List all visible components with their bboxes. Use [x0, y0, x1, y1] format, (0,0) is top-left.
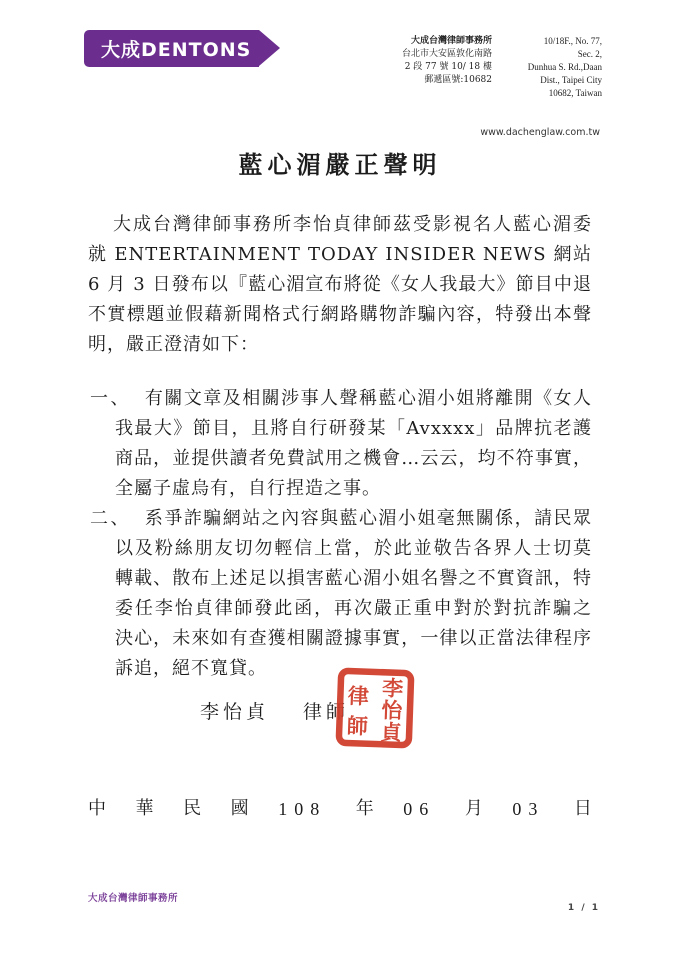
address-zh-line: 2 段 77 號 10/ 18 樓: [402, 61, 492, 74]
clause-text: 系爭詐騙網站之內容與藍心湄小姐毫無關係，請民眾: [145, 508, 592, 529]
address-en-line: Sec. 2,: [528, 48, 602, 61]
date-year-value: 108: [278, 794, 326, 824]
clause-line: 全屬子虛烏有，自行捏造之事。: [115, 474, 592, 504]
clause-two: 二、系爭詐騙網站之內容與藍心湄小姐毫無關係，請民眾 以及粉絲朋友切勿輕信上當，於…: [88, 504, 592, 684]
intro-line: 大成台灣律師事務所李怡貞律師茲受影視名人藍心湄委託，: [88, 210, 592, 240]
firm-address-english: 10/18F., No. 77, Sec. 2, Dunhua S. Rd.,D…: [528, 35, 602, 100]
footer-firm-name: 大成台灣律師事務所: [88, 890, 178, 904]
lawyer-seal-stamp-icon: 李 怡 貞 律 師: [335, 667, 416, 750]
date-token: 民: [183, 794, 201, 824]
clause-line: 以及粉絲朋友切勿輕信上當，於此並敬告各界人士切莫: [115, 534, 592, 564]
document-page: 大成DENTONS 大成台灣律師事務所 台北市大安區敦化南路 2 段 77 號 …: [0, 0, 679, 960]
logo-text: 大成DENTONS: [101, 35, 251, 62]
logo-banner: 大成DENTONS: [84, 30, 259, 67]
clause-one-marker: 一、: [90, 388, 131, 409]
date-month-label: 月: [465, 794, 483, 824]
intro-line: 6 月 3 日發布以『藍心湄宣布將從《女人我最大》節目中退出』: [88, 270, 592, 300]
intro-line: 不實標題並假藉新聞格式行網路購物詐騙內容，特發出本聲: [88, 300, 592, 330]
firm-name-zh: 大成台灣律師事務所: [402, 35, 492, 48]
lawyer-name: 李怡貞: [200, 701, 269, 723]
clause-text: 有關文章及相關涉事人聲稱藍心湄小姐將離開《女人: [145, 388, 592, 409]
roc-date-line: 中 華 民 國 108 年 06 月 03 日: [88, 794, 592, 824]
date-token: 華: [136, 794, 154, 824]
signature-block: 李怡貞律師 李 怡 貞 律 師: [88, 684, 592, 784]
address-zh-line: 郵遞區號:10682: [402, 74, 492, 87]
svg-text:律: 律: [347, 683, 369, 709]
svg-text:貞: 貞: [380, 719, 403, 745]
clause-line: 委任李怡貞律師發此函，再次嚴正重申對於對抗詐騙之: [115, 594, 592, 624]
clause-one: 一、有關文章及相關涉事人聲稱藍心湄小姐將離開《女人 我最大》節目，且將自行研發某…: [88, 384, 592, 504]
clause-two-marker: 二、: [90, 508, 131, 529]
clause-line: 一、有關文章及相關涉事人聲稱藍心湄小姐將離開《女人: [90, 384, 592, 414]
page-number: 1 / 1: [568, 903, 600, 913]
clause-line: 決心，未來如有查獲相關證據事實，一律以正當法律程序: [115, 624, 592, 654]
clause-line: 我最大》節目，且將自行研發某「Avxxxx」品牌抗老護膚: [115, 414, 592, 444]
svg-text:師: 師: [346, 713, 368, 739]
logo-arrow-tip-icon: [259, 30, 280, 66]
clause-line: 轉載、散布上述足以損害藍心湄小姐名譽之不實資訊，特: [115, 564, 592, 594]
clause-line: 二、系爭詐騙網站之內容與藍心湄小姐毫無關係，請民眾: [90, 504, 592, 534]
intro-line: 就 ENTERTAINMENT TODAY INSIDER NEWS 網站中，於…: [88, 240, 592, 270]
dentons-logo: 大成DENTONS: [84, 30, 280, 67]
date-year-label: 年: [356, 794, 374, 824]
numbered-clauses: 一、有關文章及相關涉事人聲稱藍心湄小姐將離開《女人 我最大》節目，且將自行研發某…: [88, 384, 592, 684]
lawyer-signature: 李怡貞律師: [200, 697, 349, 727]
address-en-line: 10682, Taiwan: [528, 87, 602, 100]
date-day-label: 日: [574, 794, 592, 824]
date-token: 國: [231, 794, 249, 824]
intro-line: 明，嚴正澄清如下：: [88, 330, 592, 360]
statement-title: 藍心湄嚴正聲明: [88, 148, 592, 182]
firm-address-chinese: 大成台灣律師事務所 台北市大安區敦化南路 2 段 77 號 10/ 18 樓 郵…: [402, 35, 492, 87]
address-en-line: 10/18F., No. 77,: [528, 35, 602, 48]
statement-body: 藍心湄嚴正聲明 大成台灣律師事務所李怡貞律師茲受影視名人藍心湄委託， 就 ENT…: [88, 148, 592, 824]
date-month-value: 06: [403, 794, 435, 824]
date-day-value: 03: [512, 794, 544, 824]
address-en-line: Dunhua S. Rd.,Daan: [528, 61, 602, 74]
firm-website-url: www.dachenglaw.com.tw: [480, 127, 600, 138]
date-token: 中: [88, 794, 106, 824]
intro-paragraph: 大成台灣律師事務所李怡貞律師茲受影視名人藍心湄委託， 就 ENTERTAINME…: [88, 210, 592, 360]
clause-line: 商品，並提供讀者免費試用之機會…云云，均不符事實，: [115, 444, 592, 474]
address-zh-line: 台北市大安區敦化南路: [402, 48, 492, 61]
address-en-line: Dist., Taipei City: [528, 74, 602, 87]
